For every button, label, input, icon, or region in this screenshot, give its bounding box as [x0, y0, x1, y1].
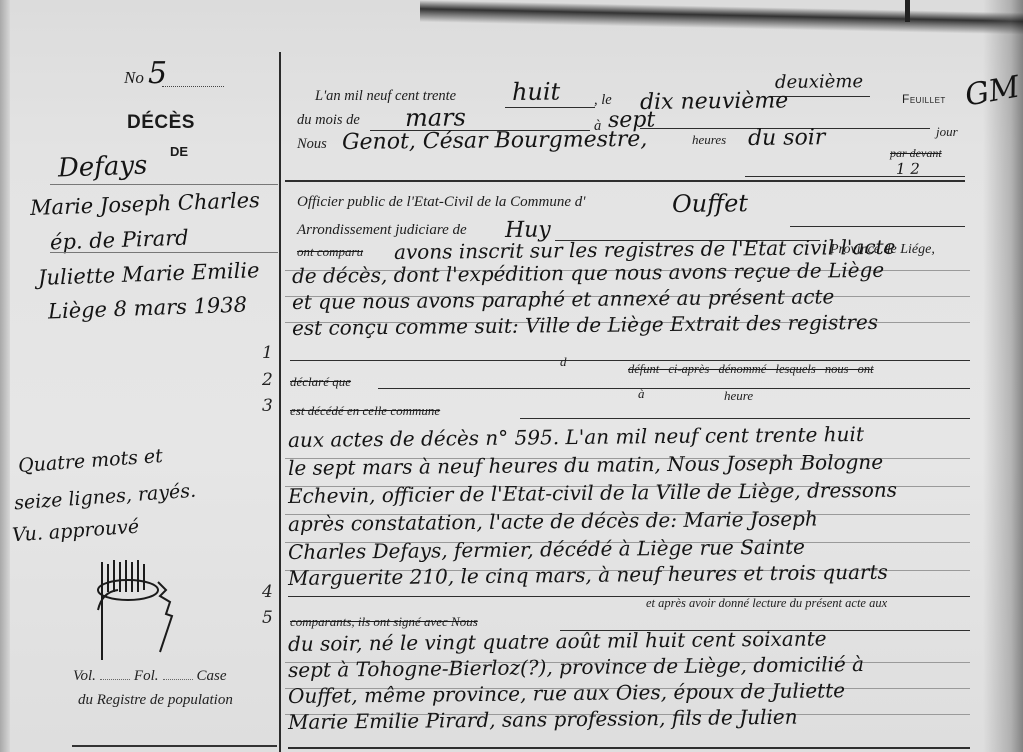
form-rule	[505, 107, 595, 108]
margin-rule	[50, 252, 278, 253]
deceased-given-names: Marie Joseph Charles	[30, 188, 261, 220]
printed-nous: Nous	[297, 136, 327, 153]
column-divider	[279, 52, 281, 752]
printed-le: , le	[594, 92, 612, 109]
printed-month-label: du mois de	[297, 112, 360, 129]
year-handwritten: huit	[512, 77, 561, 106]
spouse-label: ép. de Pirard	[50, 226, 189, 255]
line-number-4: 4	[262, 582, 273, 602]
month-handwritten: mars	[405, 103, 466, 132]
printed-jour: jour	[936, 124, 958, 140]
struck-defunt-clause: défunt ci-après dénommé lesquels nous on…	[628, 362, 874, 377]
extract-line-3: Echevin, officier de l'Etat-civil de la …	[288, 478, 897, 508]
form-rule	[745, 176, 965, 177]
form-rule	[520, 418, 970, 419]
record-number-label: No	[124, 68, 144, 88]
extract-line-5: Charles Defays, fermier, décédé à Liège …	[288, 535, 805, 564]
case-label: Case	[197, 668, 227, 684]
time-of-day-handwritten: du soir	[748, 125, 826, 151]
line-number-5: 5	[262, 608, 273, 628]
printed-arrondissement: Arrondissement judiciare de	[297, 222, 467, 239]
margin-bottom-rule	[72, 745, 277, 747]
register-population-label: du Registre de population	[78, 692, 233, 709]
commune-handwritten: Ouffet	[672, 189, 748, 218]
printed-apres-lecture: et après avoir donné lecture du présent …	[646, 596, 887, 611]
printed-officer-commune: Officier public de l'Etat-Civil de la Co…	[297, 194, 585, 211]
form-rule	[378, 388, 970, 389]
extract-line-2: le sept mars à neuf heures du matin, Nou…	[288, 450, 883, 480]
approval-note-line-3: Vu. approuvé	[11, 516, 139, 547]
bottom-rule	[288, 747, 970, 749]
margin-numbers: 1 2	[896, 160, 920, 178]
form-rule	[290, 360, 970, 361]
printed-d: d	[560, 354, 567, 370]
record-de-label: DE	[170, 144, 188, 159]
line-number-1: 1	[262, 343, 273, 363]
register-page: No 5 DÉCÈS DE Defays Marie Joseph Charle…	[0, 0, 1023, 752]
signature-mark	[88, 552, 188, 662]
feuillet-label: Feuillet	[902, 92, 946, 106]
approval-note-line-1: Quatre mots et	[17, 445, 163, 477]
page-edge-shadow	[983, 0, 1023, 752]
approval-note-line-2: seize lignes, rayés.	[13, 480, 196, 515]
final-line-2: sept à Tohogne-Bierloz(?), province de L…	[288, 652, 864, 682]
final-line-4: Marie Emilie Pirard, sans profession, fi…	[288, 705, 798, 734]
printed-year-prefix: L'an mil neuf cent trente	[315, 88, 456, 105]
struck-ont-comparu: ont comparu	[297, 244, 363, 260]
fol-label: Fol.	[134, 668, 159, 684]
struck-comparants: comparants, ils ont signé avec Nous	[290, 614, 478, 630]
day-handwritten: dix neuvième	[640, 88, 789, 115]
printed-heure: heure	[724, 388, 753, 404]
record-number-line	[162, 86, 224, 87]
entry-line-9: est conçu comme suit: Ville de Liège Ext…	[292, 310, 878, 340]
form-rule	[790, 226, 965, 227]
entry-line-7: de décès, dont l'expédition que nous avo…	[292, 258, 884, 288]
margin-rule	[50, 184, 278, 185]
scan-shadow	[420, 0, 1023, 35]
struck-declare-que: déclaré que	[290, 374, 351, 390]
line-number-3: 3	[262, 396, 273, 416]
printed-heures: heures	[692, 132, 726, 148]
struck-est-decede: est décédé en celle commune	[290, 403, 440, 419]
final-line-3: Ouffet, même province, rue aux Oies, épo…	[288, 678, 845, 708]
vol-label: Vol.	[73, 668, 96, 684]
scan-clip	[905, 0, 910, 22]
final-line-1: du soir, né le vingt quatre août mil hui…	[288, 626, 827, 656]
extract-line-6: Marguerite 210, le cinq mars, à neuf heu…	[288, 560, 888, 590]
spouse-given-names: Juliette Marie Emilie	[38, 258, 260, 290]
record-title: DÉCÈS	[127, 112, 195, 134]
line-number-2: 2	[262, 370, 273, 390]
register-reference: Vol.Fol.Case	[73, 668, 227, 685]
extract-line-1: aux actes de décès n° 595. L'an mil neuf…	[288, 422, 864, 452]
entry-line-8: et que nous avons paraphé et annexé au p…	[292, 284, 835, 314]
extract-line-4: après constatation, l'acte de décès de: …	[288, 506, 818, 536]
section-rule	[285, 180, 965, 182]
place-date-line: Liège 8 mars 1938	[48, 293, 248, 324]
deceased-surname: Defays	[58, 150, 148, 183]
binding-edge	[0, 0, 10, 752]
printed-par-devant-struck: par devant	[890, 146, 942, 161]
officer-handwritten: Genot, César Bourgmestre,	[342, 127, 648, 155]
printed-a-2: à	[638, 386, 645, 402]
